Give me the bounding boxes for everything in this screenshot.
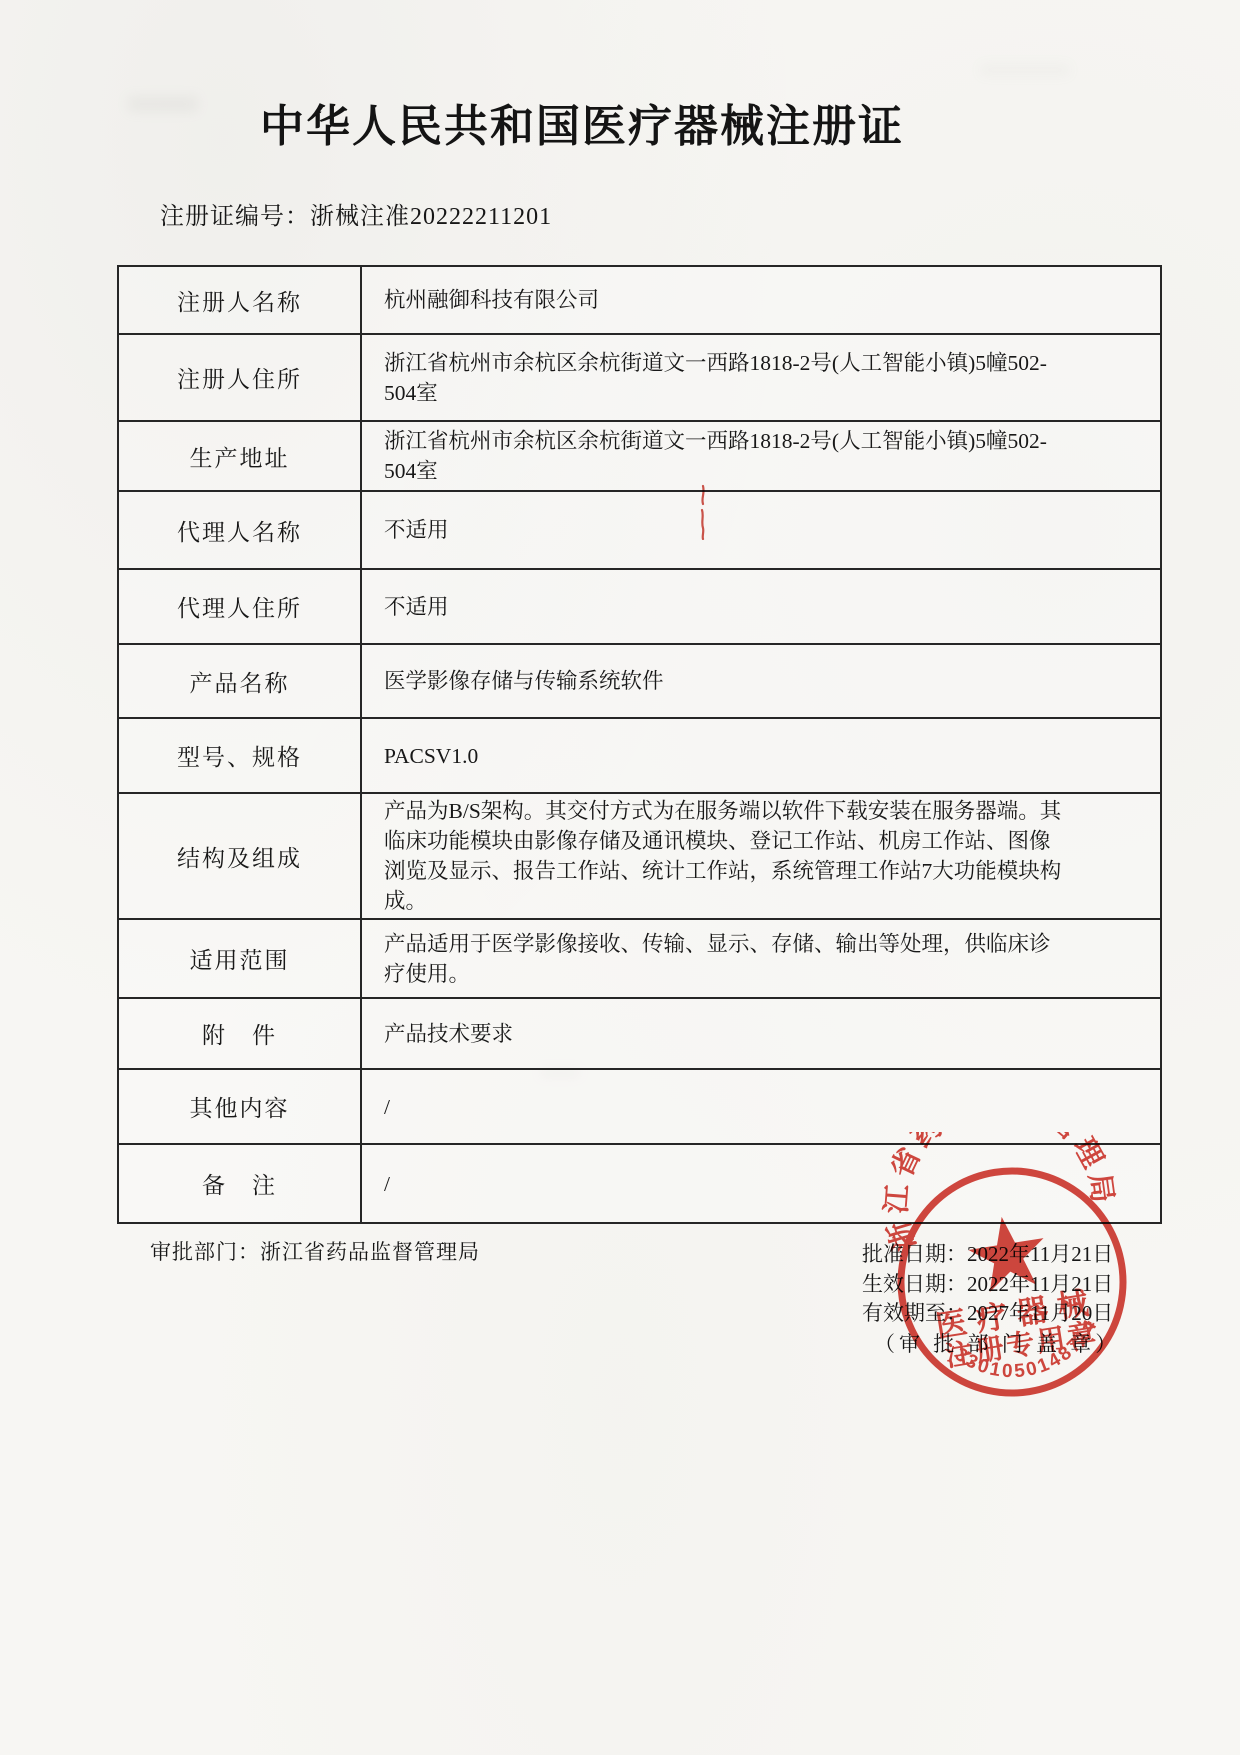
certificate-page: { "certificate": { "title": "中华人民共和国医疗器械… [0, 0, 1240, 1755]
table-row-registrant-name: 注册人名称 杭州融御科技有限公司 [119, 267, 1160, 335]
row-label: 产品名称 [119, 645, 362, 717]
row-value: 产品技术要求 [362, 999, 1160, 1068]
table-row-registrant-address: 注册人住所 浙江省杭州市余杭区余杭街道文一西路1818-2号(人工智能小镇)5幢… [119, 335, 1160, 422]
row-label: 生产地址 [119, 422, 362, 490]
row-value: 浙江省杭州市余杭区余杭街道文一西路1818-2号(人工智能小镇)5幢502- 5… [362, 335, 1160, 420]
table-row-attachment: 附 件 产品技术要求 [119, 999, 1160, 1070]
table-row-structure: 结构及组成 产品为B/S架构。其交付方式为在服务端以软件下载安装在服务器端。其 … [119, 794, 1160, 920]
row-label: 适用范围 [119, 920, 362, 997]
row-label: 代理人名称 [119, 492, 362, 568]
certificate-title: 中华人民共和国医疗器械注册证 [0, 90, 1202, 154]
row-label: 备 注 [119, 1145, 362, 1222]
row-value: 不适用 [362, 492, 1160, 568]
table-row-product-name: 产品名称 医学影像存储与传输系统软件 [119, 645, 1160, 719]
registration-number-value: 浙械注准20222211201 [310, 204, 552, 230]
approval-department: 审批部门：浙江省药品监督管理局 [150, 1236, 480, 1266]
certificate-table: 注册人名称 杭州融御科技有限公司 注册人住所 浙江省杭州市余杭区余杭街道文一西路… [117, 265, 1162, 1224]
row-value: 浙江省杭州市余杭区余杭街道文一西路1818-2号(人工智能小镇)5幢502- 5… [362, 422, 1160, 490]
row-label: 其他内容 [119, 1070, 362, 1143]
scan-artifact [980, 64, 1070, 76]
row-label: 注册人住所 [119, 335, 362, 420]
registration-number-line: 注册证编号：浙械注准20222211201 [160, 196, 552, 231]
registration-number-label: 注册证编号： [160, 204, 310, 230]
table-row-intended-use: 适用范围 产品适用于医学影像接收、传输、显示、存储、输出等处理，供临床诊 疗使用… [119, 920, 1160, 999]
row-label: 注册人名称 [119, 267, 362, 333]
red-ink-mark [698, 484, 708, 540]
row-label: 型号、规格 [119, 719, 362, 792]
row-value: 杭州融御科技有限公司 [362, 267, 1160, 333]
row-label: 代理人住所 [119, 570, 362, 643]
star-icon [964, 1211, 1050, 1294]
row-value: 医学影像存储与传输系统软件 [362, 645, 1160, 717]
row-value: 产品为B/S架构。其交付方式为在服务端以软件下载安装在服务器端。其 临床功能模块… [362, 794, 1160, 918]
table-row-model-spec: 型号、规格 PACSV1.0 [119, 719, 1160, 794]
table-row-production-address: 生产地址 浙江省杭州市余杭区余杭街道文一西路1818-2号(人工智能小镇)5幢5… [119, 422, 1160, 492]
table-row-agent-name: 代理人名称 不适用 [119, 492, 1160, 570]
row-value: 不适用 [362, 570, 1160, 643]
row-label: 附 件 [119, 999, 362, 1068]
table-row-agent-address: 代理人住所 不适用 [119, 570, 1160, 645]
official-seal: 浙江省药品监督管理局 医疗器械 注册专用章 3301050148714 [862, 1132, 1162, 1432]
row-value: PACSV1.0 [362, 719, 1160, 792]
row-label: 结构及组成 [119, 794, 362, 918]
row-value: 产品适用于医学影像接收、传输、显示、存储、输出等处理，供临床诊 疗使用。 [362, 920, 1160, 997]
